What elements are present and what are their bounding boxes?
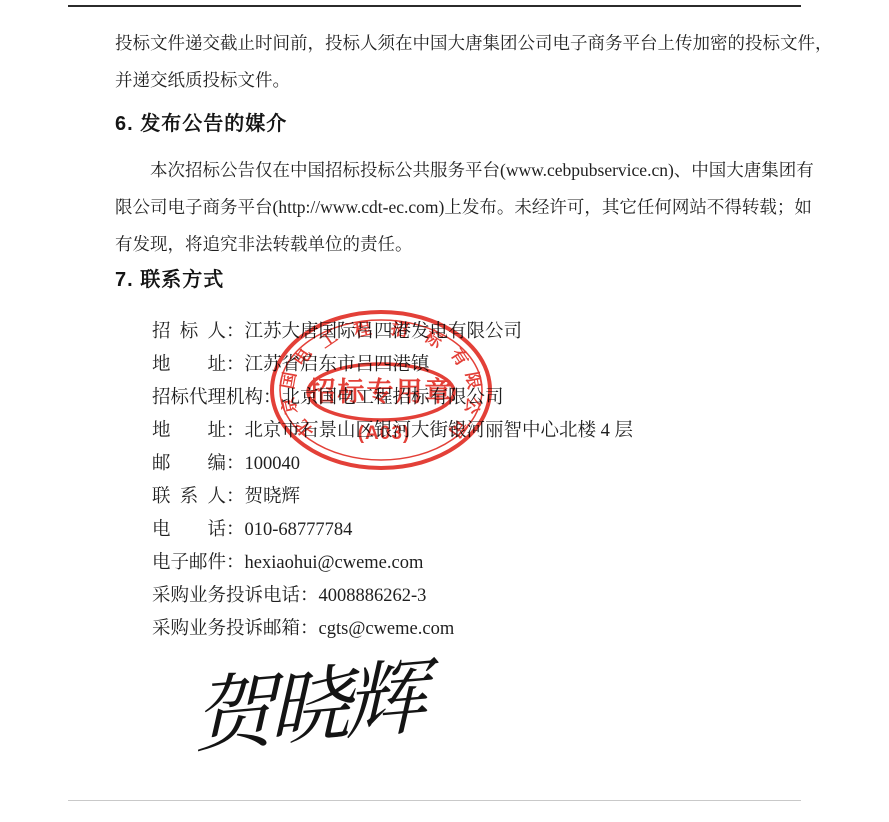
contact-value: 北京市石景山区银河大街银河丽智中心北楼 4 层 [245, 421, 634, 441]
paragraph-line: 并递交纸质投标文件。 [115, 62, 799, 99]
handwritten-signature: 贺晓辉 [192, 632, 421, 769]
contact-value: 010-68777784 [245, 520, 353, 540]
footer-rule [68, 800, 801, 801]
contact-row-agency: 招标代理机构：北京国电工程招标有限公司 [152, 382, 633, 415]
contact-row-tenderee-address: 地 址：江苏省启东市吕四港镇 [152, 349, 633, 382]
contact-label: 地 址： [152, 355, 245, 375]
contact-value: 4008886262-3 [319, 586, 427, 606]
paragraph-announcement-media: 本次招标公告仅在中国招标投标公共服务平台(www.cebpubservice.c… [115, 152, 799, 263]
contact-info-block: 招 标 人：江苏大唐国际吕四港发电有限公司 地 址：江苏省启东市吕四港镇 招标代… [152, 316, 633, 646]
contact-value: 江苏省启东市吕四港镇 [245, 355, 430, 375]
contact-label: 采购业务投诉电话： [152, 586, 319, 606]
contact-label: 邮 编： [152, 454, 245, 474]
contact-label: 招标代理机构： [152, 388, 282, 408]
contact-value: 江苏大唐国际吕四港发电有限公司 [245, 322, 523, 342]
paragraph-line: 有发现，将追究非法转载单位的责任。 [115, 226, 799, 263]
paragraph-line: 本次招标公告仅在中国招标投标公共服务平台(www.cebpubservice.c… [115, 152, 799, 189]
contact-label: 采购业务投诉邮箱： [152, 619, 319, 639]
contact-label: 招 标 人： [152, 322, 245, 342]
header-rule [68, 5, 801, 7]
contact-label: 电 话： [152, 520, 245, 540]
contact-row-email: 电子邮件：hexiaohui@cweme.com [152, 547, 633, 580]
contact-value: 100040 [245, 454, 301, 474]
contact-label: 联 系 人： [152, 487, 245, 507]
contact-label: 地 址： [152, 421, 245, 441]
section-6-heading: 6. 发布公告的媒介 [115, 110, 287, 138]
contact-row-agency-address: 地 址：北京市石景山区银河大街银河丽智中心北楼 4 层 [152, 415, 633, 448]
contact-row-tenderee: 招 标 人：江苏大唐国际吕四港发电有限公司 [152, 316, 633, 349]
contact-row-postcode: 邮 编：100040 [152, 448, 633, 481]
contact-row-phone: 电 话：010-68777784 [152, 514, 633, 547]
contact-row-contact-person: 联 系 人：贺晓辉 [152, 481, 633, 514]
contact-row-complaint-phone: 采购业务投诉电话：4008886262-3 [152, 580, 633, 613]
contact-label: 电子邮件： [152, 553, 245, 573]
contact-value: hexiaohui@cweme.com [245, 553, 424, 573]
paragraph-line: 投标文件递交截止时间前，投标人须在中国大唐集团公司电子商务平台上传加密的投标文件… [115, 25, 799, 62]
document-page: 投标文件递交截止时间前，投标人须在中国大唐集团公司电子商务平台上传加密的投标文件… [0, 0, 889, 822]
paragraph-line: 限公司电子商务平台(http://www.cdt-ec.com)上发布。未经许可… [115, 189, 799, 226]
section-7-heading: 7. 联系方式 [115, 266, 224, 294]
paragraph-deadline: 投标文件递交截止时间前，投标人须在中国大唐集团公司电子商务平台上传加密的投标文件… [115, 25, 799, 99]
contact-value: 贺晓辉 [245, 487, 301, 507]
contact-value: 北京国电工程招标有限公司 [282, 388, 504, 408]
